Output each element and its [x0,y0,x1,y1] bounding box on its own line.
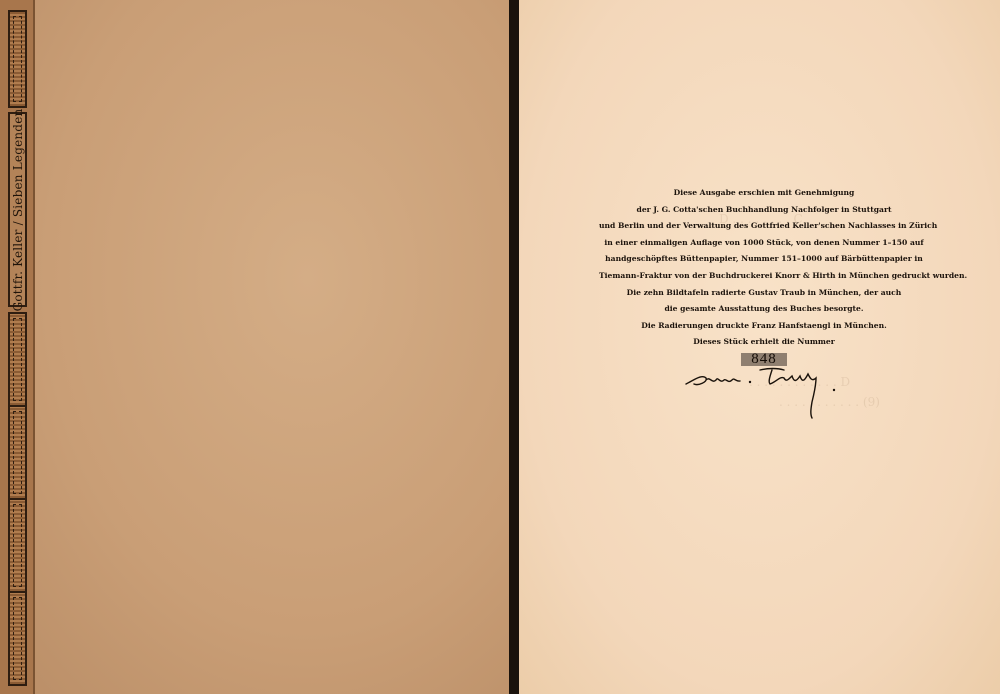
spine-ornament [8,498,27,593]
colophon-line: Die zehn Bildtafeln radierte Gustav Trau… [599,285,929,302]
spine-title-panel: Gottfr. Keller / Sieben Legenden [8,112,27,307]
colophon-line: die gesamte Ausstattung des Buches besor… [599,301,929,318]
colophon-line: in einer einmaligen Auflage von 1000 Stü… [599,235,929,252]
colophon-line: Tiemann-Fraktur von der Buchdruckerei Kn… [599,268,929,285]
colophon-line: der J. G. Cotta'schen Buchhandlung Nachf… [599,202,929,219]
colophon-line: Die Radierungen druckte Franz Hanfstaeng… [599,318,929,335]
spine-ornament [8,405,27,500]
colophon-line: handgeschöpftes Büttenpapier, Nummer 151… [599,251,929,268]
spine-title: Gottfr. Keller / Sieben Legenden [11,108,25,311]
colophon-line: Diese Ausgabe erschien mit Genehmigung [599,185,929,202]
spine-ornament [8,312,27,407]
spine-ornament [8,591,27,686]
book-spine: Gottfr. Keller / Sieben Legenden [0,0,35,694]
cover-edge [509,0,519,694]
colophon-page: D . . . . . . . . C . . . . . . . . . . … [519,0,1000,694]
signature [684,360,844,420]
colophon-line: Dieses Stück erhielt die Nummer [599,334,929,351]
colophon-line: und Berlin und der Verwaltung des Gottfr… [599,218,929,235]
colophon-text: Diese Ausgabe erschien mit Genehmigung d… [599,185,929,370]
book-cover: Gottfr. Keller / Sieben Legenden [0,0,513,694]
spine-ornament [8,10,27,108]
